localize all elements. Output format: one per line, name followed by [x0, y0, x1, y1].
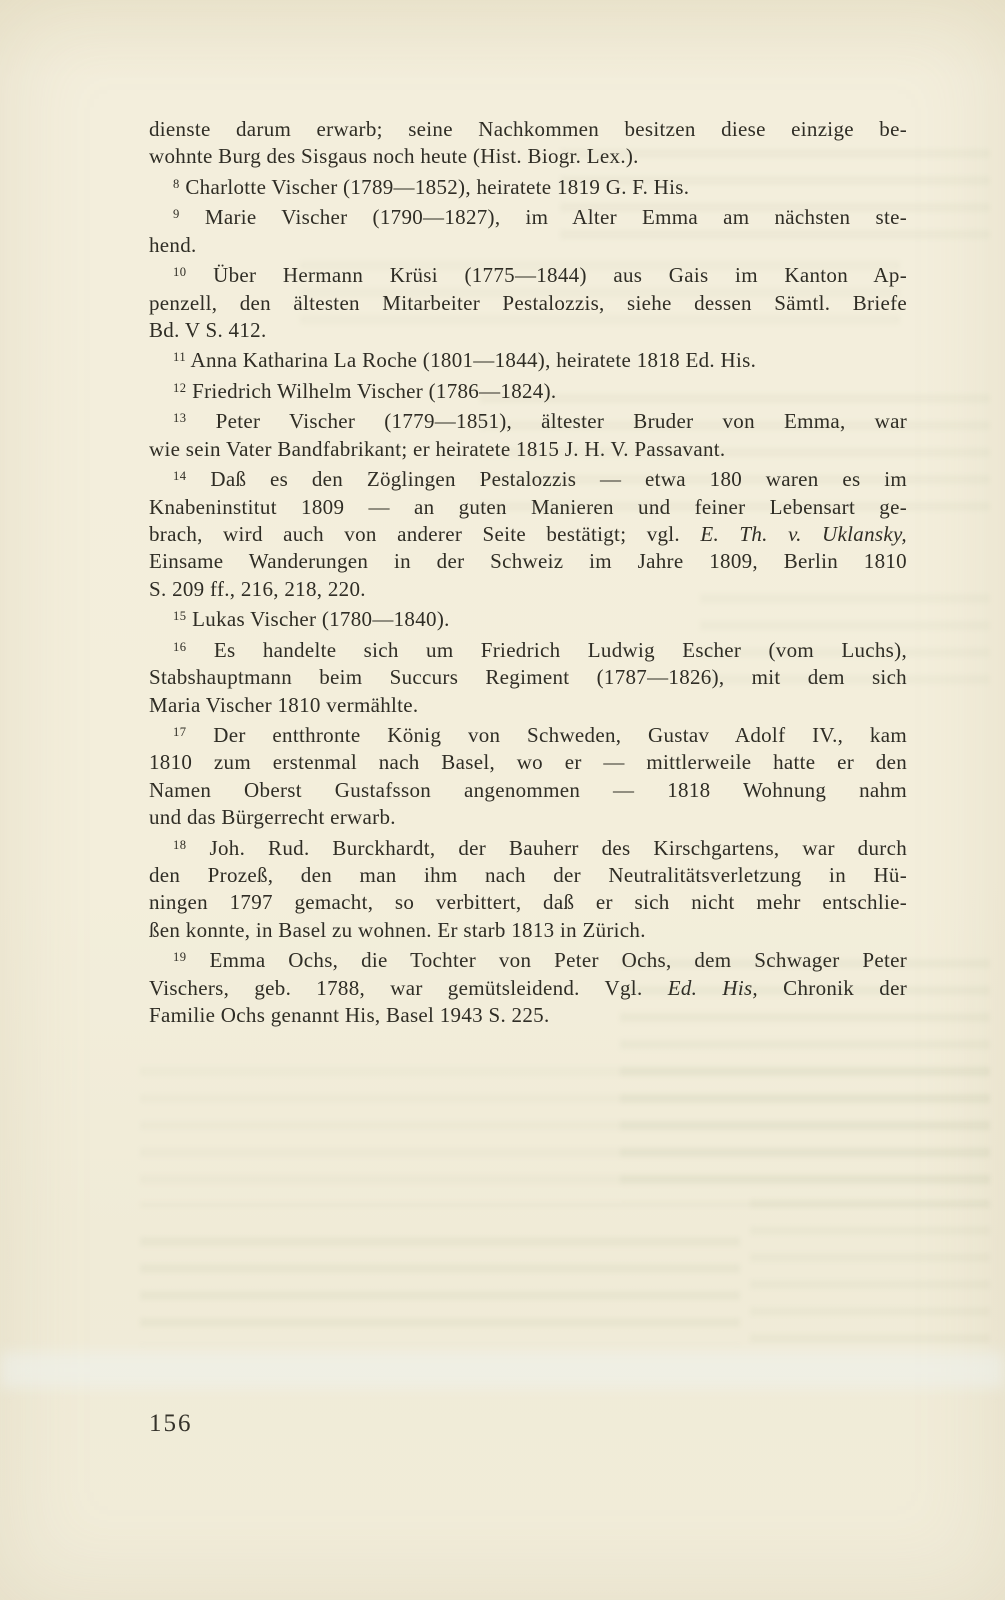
text-segment: brach, wird auch von anderer Seite bestä… [149, 522, 700, 546]
text-line: wohnte Burg des Sisgaus noch heute (Hist… [149, 143, 907, 170]
book-page-scan: dienste darum erwarb; seine Nachkommen b… [0, 0, 1005, 1600]
text-segment: Charlotte Vischer (1789—1852), heiratete… [180, 175, 690, 199]
footnote-19: 19 Emma Ochs, die Tochter von Peter Ochs… [149, 944, 907, 1029]
text-line: 1810 zum erstenmal nach Basel, wo er — m… [149, 749, 907, 776]
text-line: Maria Vischer 1810 vermählte. [149, 692, 907, 719]
text-segment: ningen 1797 gemacht, so verbittert, daß … [149, 890, 907, 914]
text-segment: Emma Ochs, die Tochter von Peter Ochs, d… [187, 948, 907, 972]
scan-light-band [0, 1352, 1005, 1388]
text-segment: Joh. Rud. Burckhardt, der Bauherr des Ki… [187, 836, 907, 860]
text-segment: Chronik der [758, 976, 907, 1000]
text-line: dienste darum erwarb; seine Nachkommen b… [149, 116, 907, 143]
footnote-17: 17 Der entthronte König von Schweden, Gu… [149, 719, 907, 832]
text-segment: Lukas Vischer (1780—1840). [187, 607, 450, 631]
footnote-marker: 12 [173, 381, 187, 395]
text-line: hend. [149, 232, 907, 259]
text-line: Namen Oberst Gustafsson angenommen — 181… [149, 777, 907, 804]
italic-citation: Ed. His, [668, 976, 758, 1000]
footnote-10: 10 Über Hermann Krüsi (1775—1844) aus Ga… [149, 259, 907, 344]
text-segment: wohnte Burg des Sisgaus noch heute (Hist… [149, 144, 639, 168]
text-segment: Maria Vischer 1810 vermählte. [149, 693, 418, 717]
text-segment: ßen konnte, in Basel zu wohnen. Er starb… [149, 918, 646, 942]
text-segment: Stabshauptmann beim Succurs Regiment (17… [149, 665, 907, 689]
footnote-marker: 8 [173, 177, 180, 191]
text-segment: Familie Ochs genannt His, Basel 1943 S. … [149, 1003, 550, 1027]
footnote-marker: 11 [173, 350, 186, 364]
text-line: und das Bürgerrecht erwarb. [149, 804, 907, 831]
text-line: wie sein Vater Bandfabrikant; er heirate… [149, 436, 907, 463]
text-line: 17 Der entthronte König von Schweden, Gu… [149, 719, 907, 749]
footnote-marker: 9 [173, 207, 180, 221]
text-segment: Es handelte sich um Friedrich Ludwig Esc… [187, 638, 907, 662]
text-segment: 1810 zum erstenmal nach Basel, wo er — m… [149, 750, 907, 774]
text-line: ningen 1797 gemacht, so verbittert, daß … [149, 889, 907, 916]
text-line: Stabshauptmann beim Succurs Regiment (17… [149, 664, 907, 691]
text-segment: wie sein Vater Bandfabrikant; er heirate… [149, 437, 725, 461]
text-segment: Anna Katharina La Roche (1801—1844), hei… [186, 348, 756, 372]
text-segment: und das Bürgerrecht erwarb. [149, 805, 396, 829]
footnote-marker: 10 [173, 265, 187, 279]
paragraph: dienste darum erwarb; seine Nachkommen b… [149, 116, 907, 171]
text-line: 16 Es handelte sich um Friedrich Ludwig … [149, 634, 907, 664]
text-line: 13 Peter Vischer (1779—1851), ältester B… [149, 405, 907, 435]
footnote-marker: 14 [173, 469, 187, 483]
footnote-marker: 19 [173, 950, 187, 964]
text-line: 12 Friedrich Wilhelm Vischer (1786—1824)… [149, 375, 907, 405]
text-segment: Peter Vischer (1779—1851), ältester Brud… [187, 409, 907, 433]
text-line: penzell, den ältesten Mitarbeiter Pestal… [149, 290, 907, 317]
text-line: Knabeninstitut 1809 — an guten Manieren … [149, 494, 907, 521]
text-segment: Der entthronte König von Schweden, Gusta… [187, 723, 907, 747]
footnote-marker: 13 [173, 411, 187, 425]
text-line: den Prozeß, den man ihm nach der Neutral… [149, 862, 907, 889]
text-segment: den Prozeß, den man ihm nach der Neutral… [149, 863, 907, 887]
text-line: Einsame Wanderungen in der Schweiz im Ja… [149, 548, 907, 575]
text-segment: dienste darum erwarb; seine Nachkommen b… [149, 117, 907, 141]
footnote-16: 16 Es handelte sich um Friedrich Ludwig … [149, 634, 907, 719]
text-line: Familie Ochs genannt His, Basel 1943 S. … [149, 1002, 907, 1029]
text-segment: S. 209 ff., 216, 218, 220. [149, 577, 366, 601]
text-line: S. 209 ff., 216, 218, 220. [149, 576, 907, 603]
footnote-18: 18 Joh. Rud. Burckhardt, der Bauherr des… [149, 832, 907, 945]
footnote-15: 15 Lukas Vischer (1780—1840). [149, 603, 907, 633]
text-line: 19 Emma Ochs, die Tochter von Peter Ochs… [149, 944, 907, 974]
footnote-9: 9 Marie Vischer (1790—1827), im Alter Em… [149, 201, 907, 259]
footnote-11: 11 Anna Katharina La Roche (1801—1844), … [149, 344, 907, 374]
text-line: Vischers, geb. 1788, war gemütsleidend. … [149, 975, 907, 1002]
show-through-text [140, 1058, 990, 1208]
footnotes-block: dienste darum erwarb; seine Nachkommen b… [149, 116, 907, 1030]
footnote-marker: 18 [173, 838, 187, 852]
text-line: brach, wird auch von anderer Seite bestä… [149, 521, 907, 548]
text-line: 11 Anna Katharina La Roche (1801—1844), … [149, 344, 907, 374]
text-segment: Bd. V S. 412. [149, 318, 267, 342]
text-segment: Vischers, geb. 1788, war gemütsleidend. … [149, 976, 668, 1000]
text-segment: Über Hermann Krüsi (1775—1844) aus Gais … [187, 263, 907, 287]
text-line: 18 Joh. Rud. Burckhardt, der Bauherr des… [149, 832, 907, 862]
text-segment: Namen Oberst Gustafsson angenommen — 181… [149, 778, 907, 802]
text-segment: hend. [149, 233, 197, 257]
text-segment: Knabeninstitut 1809 — an guten Manieren … [149, 495, 907, 519]
text-segment: Friedrich Wilhelm Vischer (1786—1824). [187, 379, 557, 403]
text-segment: Einsame Wanderungen in der Schweiz im Ja… [149, 549, 907, 573]
text-segment: penzell, den ältesten Mitarbeiter Pestal… [149, 291, 907, 315]
text-line: 15 Lukas Vischer (1780—1840). [149, 603, 907, 633]
footnote-13: 13 Peter Vischer (1779—1851), ältester B… [149, 405, 907, 463]
footnote-12: 12 Friedrich Wilhelm Vischer (1786—1824)… [149, 375, 907, 405]
page-number: 156 [149, 1410, 193, 1438]
footnote-8: 8 Charlotte Vischer (1789—1852), heirate… [149, 171, 907, 201]
text-line: Bd. V S. 412. [149, 317, 907, 344]
text-segment: Marie Vischer (1790—1827), im Alter Emma… [180, 205, 907, 229]
footnote-marker: 17 [173, 725, 187, 739]
text-segment: Daß es den Zöglingen Pestalozzis — etwa … [187, 467, 907, 491]
footnote-marker: 15 [173, 609, 187, 623]
text-line: 9 Marie Vischer (1790—1827), im Alter Em… [149, 201, 907, 231]
footnote-14: 14 Daß es den Zöglingen Pestalozzis — et… [149, 463, 907, 603]
show-through-text [140, 1228, 740, 1346]
footnote-marker: 16 [173, 640, 187, 654]
text-line: 8 Charlotte Vischer (1789—1852), heirate… [149, 171, 907, 201]
text-line: ßen konnte, in Basel zu wohnen. Er starb… [149, 917, 907, 944]
text-line: 10 Über Hermann Krüsi (1775—1844) aus Ga… [149, 259, 907, 289]
show-through-text [750, 1190, 990, 1350]
italic-citation: E. Th. v. Uklansky, [700, 522, 907, 546]
text-line: 14 Daß es den Zöglingen Pestalozzis — et… [149, 463, 907, 493]
